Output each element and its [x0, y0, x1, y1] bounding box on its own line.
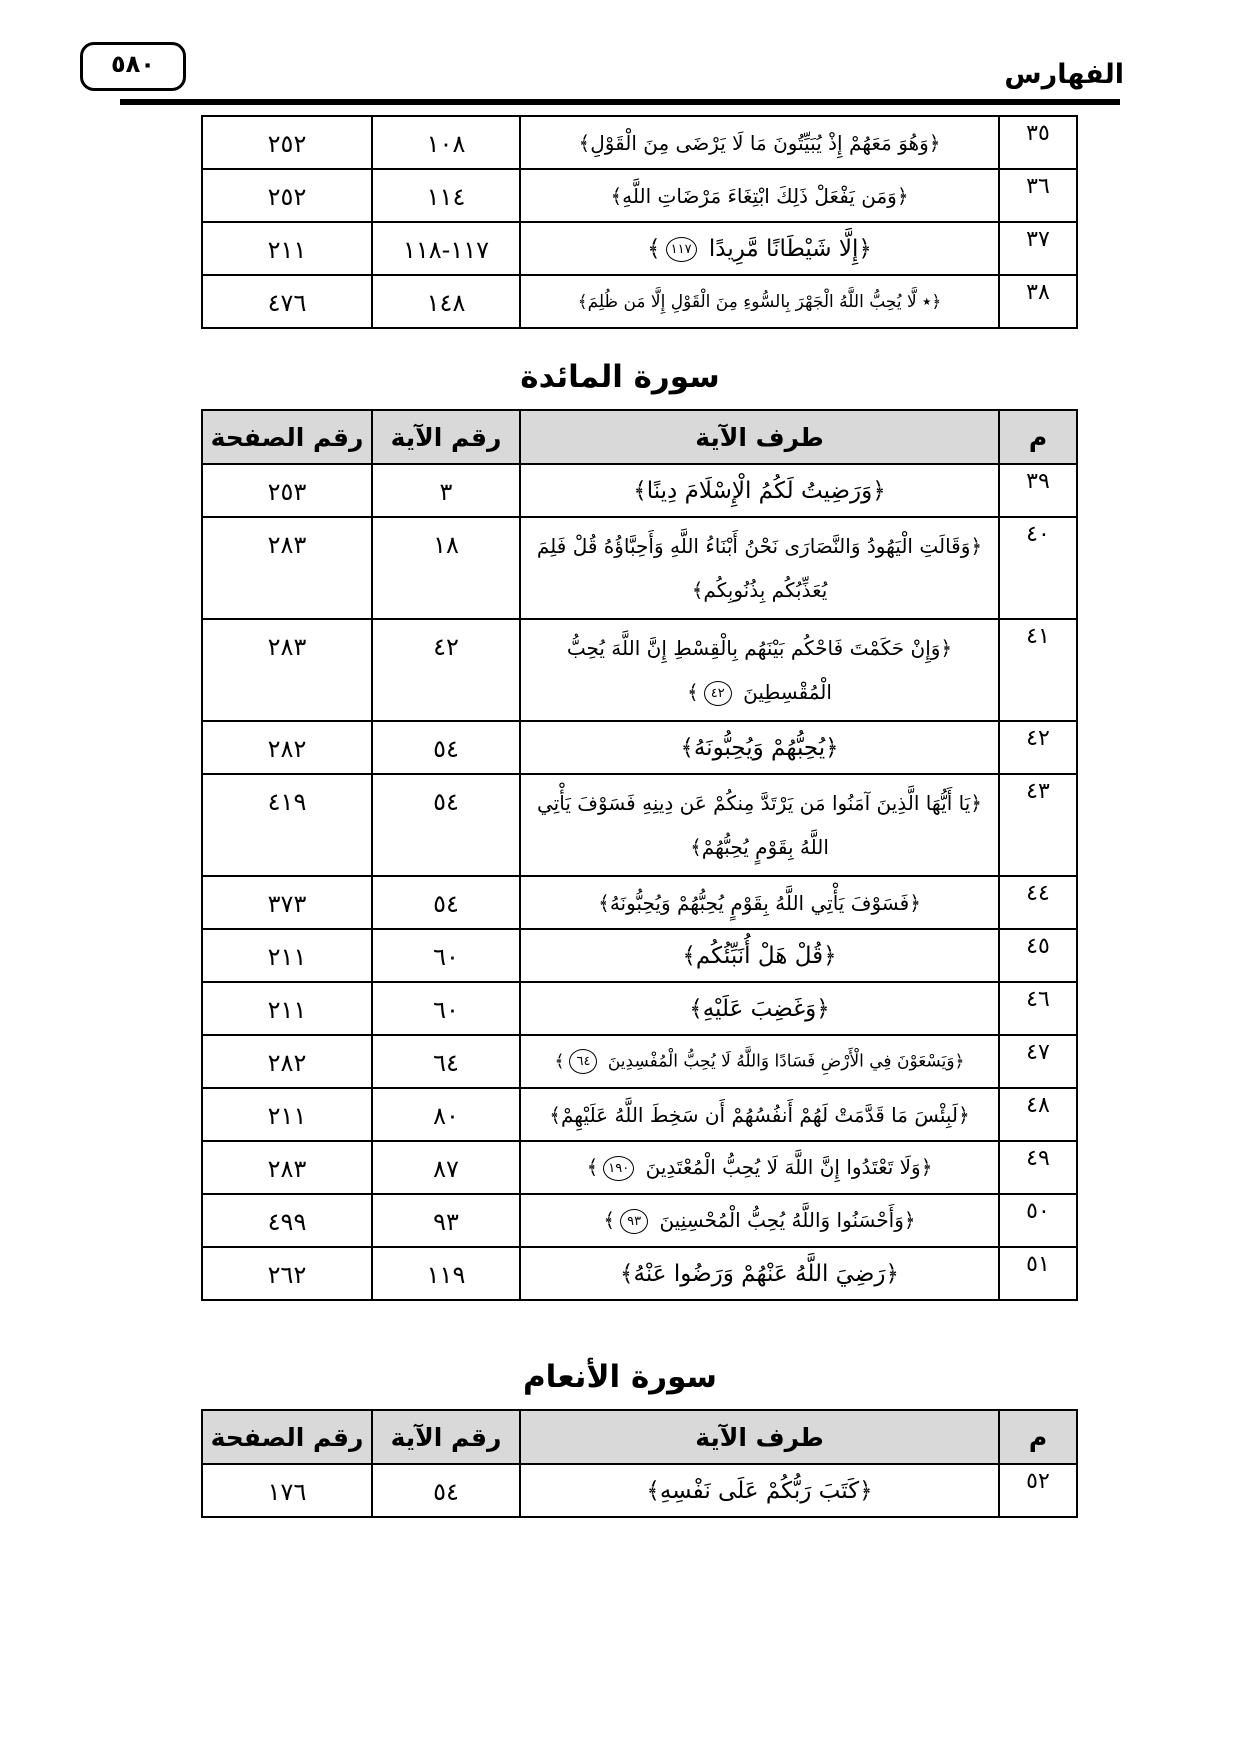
- ayah-number-cell: ٣: [372, 464, 520, 517]
- ayah-number-cell: ٩٣: [372, 1194, 520, 1247]
- row-number-cell: ٣٩: [999, 464, 1077, 517]
- verse-cell: ﴿وَلَا تَعْتَدُوا إِنَّ اللَّهَ لَا يُحِ…: [520, 1141, 999, 1194]
- verse-cell: ﴿وَإِنْ حَكَمْتَ فَاحْكُم بَيْنَهُم بِال…: [520, 619, 999, 721]
- row-number-cell: ٤٦: [999, 982, 1077, 1035]
- page-number-cell: ٢٨٣: [202, 619, 372, 721]
- verse-cell: ﴿وَيَسْعَوْنَ فِي الْأَرْضِ فَسَادًا وَا…: [520, 1035, 999, 1088]
- verse-cell: ﴿وَأَحْسَنُوا وَاللَّهُ يُحِبُّ الْمُحْس…: [520, 1194, 999, 1247]
- ayah-number-cell: ٨٠: [372, 1088, 520, 1141]
- verse-cell: ﴿وَغَضِبَ عَلَيْهِ﴾: [520, 982, 999, 1035]
- row-number-cell: ٤١: [999, 619, 1077, 721]
- page-number-cell: ٢٥٢: [202, 116, 372, 169]
- table-section-continued: ٣٥﴿وَهُوَ مَعَهُمْ إِذْ يُبَيِّتُونَ مَا…: [203, 115, 1078, 329]
- verse-cell: ﴿كَتَبَ رَبُّكُمْ عَلَى نَفْسِهِ﴾: [520, 1464, 999, 1517]
- ayah-number-cell: ١٠٨: [372, 116, 520, 169]
- header-rule: [120, 99, 1120, 105]
- page-header: الفهارس ٥٨٠: [0, 0, 1240, 91]
- table-row: ٣٦﴿وَمَن يَفْعَلْ ذَلِكَ ابْتِغَاءَ مَرْ…: [202, 169, 1077, 222]
- page-number-cell: ٢١١: [202, 1088, 372, 1141]
- ayah-number-cell: ٨٧: [372, 1141, 520, 1194]
- verse-index-table-anam: م طرف الآية رقم الآية رقم الصفحة ٥٢﴿كَتَ…: [201, 1409, 1078, 1518]
- ayah-number-cell: ٥٤: [372, 774, 520, 876]
- page-number-cell: ١٧٦: [202, 1464, 372, 1517]
- table-section-anam: م طرف الآية رقم الآية رقم الصفحة ٥٢﴿كَتَ…: [203, 1409, 1078, 1518]
- verse-index-table-maidah: م طرف الآية رقم الآية رقم الصفحة ٣٩﴿وَرَ…: [201, 409, 1078, 1301]
- ayah-number-cell: ٦٤: [372, 1035, 520, 1088]
- page-number-cell: ٢٦٢: [202, 1247, 372, 1300]
- column-header-index: م: [999, 1410, 1077, 1464]
- column-header-page-number: رقم الصفحة: [202, 410, 372, 464]
- column-header-page-number: رقم الصفحة: [202, 1410, 372, 1464]
- column-header-ayah-number: رقم الآية: [372, 1410, 520, 1464]
- ayah-number-cell: ٥٤: [372, 876, 520, 929]
- ayah-number-cell: ١١٧-١١٨: [372, 222, 520, 275]
- table-row: ٣٧﴿إِلَّا شَيْطَانًا مَّرِيدًا ١١٧﴾١١٧-١…: [202, 222, 1077, 275]
- ayah-number-cell: ١٨: [372, 517, 520, 619]
- table-row: ٣٨﴿٭ لَّا يُحِبُّ اللَّهُ الْجَهْرَ بِال…: [202, 275, 1077, 328]
- ayah-end-marker: ٩٣: [620, 1209, 648, 1234]
- page-number-cell: ٤٧٦: [202, 275, 372, 328]
- column-header-ayah-number: رقم الآية: [372, 410, 520, 464]
- column-header-index: م: [999, 410, 1077, 464]
- table-row: ٤٦﴿وَغَضِبَ عَلَيْهِ﴾٦٠٢١١: [202, 982, 1077, 1035]
- verse-index-table-continued: ٣٥﴿وَهُوَ مَعَهُمْ إِذْ يُبَيِّتُونَ مَا…: [201, 115, 1078, 329]
- row-number-cell: ٣٨: [999, 275, 1077, 328]
- column-header-verse: طرف الآية: [520, 410, 999, 464]
- page-number-cell: ٢١١: [202, 929, 372, 982]
- table-header-row: م طرف الآية رقم الآية رقم الصفحة: [202, 1410, 1077, 1464]
- verse-cell: ﴿رَضِيَ اللَّهُ عَنْهُمْ وَرَضُوا عَنْهُ…: [520, 1247, 999, 1300]
- surah-title-anam: سورة الأنعام: [0, 1359, 1240, 1395]
- verse-cell: ﴿وَرَضِيتُ لَكُمُ الْإِسْلَامَ دِينًا﴾: [520, 464, 999, 517]
- table-row: ٤٤﴿فَسَوْفَ يَأْتِي اللَّهُ بِقَوْمٍ يُح…: [202, 876, 1077, 929]
- page-number-cell: ٢٥٣: [202, 464, 372, 517]
- table-row: ٤٧﴿وَيَسْعَوْنَ فِي الْأَرْضِ فَسَادًا و…: [202, 1035, 1077, 1088]
- row-number-cell: ٤٥: [999, 929, 1077, 982]
- verse-cell: ﴿فَسَوْفَ يَأْتِي اللَّهُ بِقَوْمٍ يُحِب…: [520, 876, 999, 929]
- table-section-maidah: م طرف الآية رقم الآية رقم الصفحة ٣٩﴿وَرَ…: [203, 409, 1078, 1301]
- page-number-cell: ٢٥٢: [202, 169, 372, 222]
- row-number-cell: ٣٦: [999, 169, 1077, 222]
- page-number-badge: ٥٨٠: [80, 42, 186, 91]
- ayah-number-cell: ٥٤: [372, 721, 520, 774]
- page-number-cell: ٢٨٣: [202, 1141, 372, 1194]
- table-row: ٤٩﴿وَلَا تَعْتَدُوا إِنَّ اللَّهَ لَا يُ…: [202, 1141, 1077, 1194]
- verse-cell: ﴿وَهُوَ مَعَهُمْ إِذْ يُبَيِّتُونَ مَا ل…: [520, 116, 999, 169]
- table-row: ٥٢﴿كَتَبَ رَبُّكُمْ عَلَى نَفْسِهِ﴾٥٤١٧٦: [202, 1464, 1077, 1517]
- page-number-cell: ٤١٩: [202, 774, 372, 876]
- row-number-cell: ٥١: [999, 1247, 1077, 1300]
- table-row: ٥١﴿رَضِيَ اللَّهُ عَنْهُمْ وَرَضُوا عَنْ…: [202, 1247, 1077, 1300]
- verse-cell: ﴿إِلَّا شَيْطَانًا مَّرِيدًا ١١٧﴾: [520, 222, 999, 275]
- ayah-end-marker: ١١٧: [666, 237, 697, 262]
- page-number-cell: ٢٨٣: [202, 517, 372, 619]
- table-row: ٤٠﴿وَقَالَتِ الْيَهُودُ وَالنَّصَارَى نَ…: [202, 517, 1077, 619]
- row-number-cell: ٤٩: [999, 1141, 1077, 1194]
- verse-cell: ﴿٭ لَّا يُحِبُّ اللَّهُ الْجَهْرَ بِالسُ…: [520, 275, 999, 328]
- table-row: ٣٩﴿وَرَضِيتُ لَكُمُ الْإِسْلَامَ دِينًا﴾…: [202, 464, 1077, 517]
- page-number-cell: ٤٩٩: [202, 1194, 372, 1247]
- ayah-number-cell: ١١٩: [372, 1247, 520, 1300]
- ayah-end-marker: ٤٢: [704, 681, 732, 706]
- table-row: ٥٠﴿وَأَحْسَنُوا وَاللَّهُ يُحِبُّ الْمُح…: [202, 1194, 1077, 1247]
- ayah-end-marker: ٦٤: [569, 1049, 597, 1074]
- ayah-number-cell: ٦٠: [372, 929, 520, 982]
- ayah-number-cell: ٤٢: [372, 619, 520, 721]
- row-number-cell: ٤٧: [999, 1035, 1077, 1088]
- row-number-cell: ٥٠: [999, 1194, 1077, 1247]
- verse-cell: ﴿وَمَن يَفْعَلْ ذَلِكَ ابْتِغَاءَ مَرْضَ…: [520, 169, 999, 222]
- row-number-cell: ٤٢: [999, 721, 1077, 774]
- table-header-row: م طرف الآية رقم الآية رقم الصفحة: [202, 410, 1077, 464]
- document-page: الفهارس ٥٨٠ ٣٥﴿وَهُوَ مَعَهُمْ إِذْ يُبَ…: [0, 0, 1240, 1748]
- ayah-end-marker: ١٩٠: [603, 1156, 634, 1181]
- ayah-number-cell: ١١٤: [372, 169, 520, 222]
- ayah-number-cell: ٦٠: [372, 982, 520, 1035]
- ayah-number-cell: ١٤٨: [372, 275, 520, 328]
- row-number-cell: ٥٢: [999, 1464, 1077, 1517]
- verse-cell: ﴿يَا أَيُّهَا الَّذِينَ آمَنُوا مَن يَرْ…: [520, 774, 999, 876]
- ayah-number-cell: ٥٤: [372, 1464, 520, 1517]
- page-number-cell: ٢١١: [202, 982, 372, 1035]
- table-row: ٤١﴿وَإِنْ حَكَمْتَ فَاحْكُم بَيْنَهُم بِ…: [202, 619, 1077, 721]
- column-header-verse: طرف الآية: [520, 1410, 999, 1464]
- table-row: ٤٢﴿يُحِبُّهُمْ وَيُحِبُّونَهُ﴾٥٤٢٨٢: [202, 721, 1077, 774]
- verse-cell: ﴿وَقَالَتِ الْيَهُودُ وَالنَّصَارَى نَحْ…: [520, 517, 999, 619]
- row-number-cell: ٣٥: [999, 116, 1077, 169]
- running-head-title: الفهارس: [1004, 59, 1124, 91]
- table-row: ٤٨﴿لَبِئْسَ مَا قَدَّمَتْ لَهُمْ أَنفُسُ…: [202, 1088, 1077, 1141]
- row-number-cell: ٣٧: [999, 222, 1077, 275]
- row-number-cell: ٤٨: [999, 1088, 1077, 1141]
- surah-title-maidah: سورة المائدة: [0, 359, 1240, 395]
- verse-cell: ﴿لَبِئْسَ مَا قَدَّمَتْ لَهُمْ أَنفُسُهُ…: [520, 1088, 999, 1141]
- verse-cell: ﴿قُلْ هَلْ أُنَبِّئُكُم﴾: [520, 929, 999, 982]
- page-number-cell: ٢١١: [202, 222, 372, 275]
- table-row: ٣٥﴿وَهُوَ مَعَهُمْ إِذْ يُبَيِّتُونَ مَا…: [202, 116, 1077, 169]
- table-row: ٤٣﴿يَا أَيُّهَا الَّذِينَ آمَنُوا مَن يَ…: [202, 774, 1077, 876]
- table-row: ٤٥﴿قُلْ هَلْ أُنَبِّئُكُم﴾٦٠٢١١: [202, 929, 1077, 982]
- page-number-cell: ٢٨٢: [202, 721, 372, 774]
- page-number-cell: ٢٨٢: [202, 1035, 372, 1088]
- row-number-cell: ٤٣: [999, 774, 1077, 876]
- row-number-cell: ٤٠: [999, 517, 1077, 619]
- verse-cell: ﴿يُحِبُّهُمْ وَيُحِبُّونَهُ﴾: [520, 721, 999, 774]
- row-number-cell: ٤٤: [999, 876, 1077, 929]
- page-number-cell: ٣٧٣: [202, 876, 372, 929]
